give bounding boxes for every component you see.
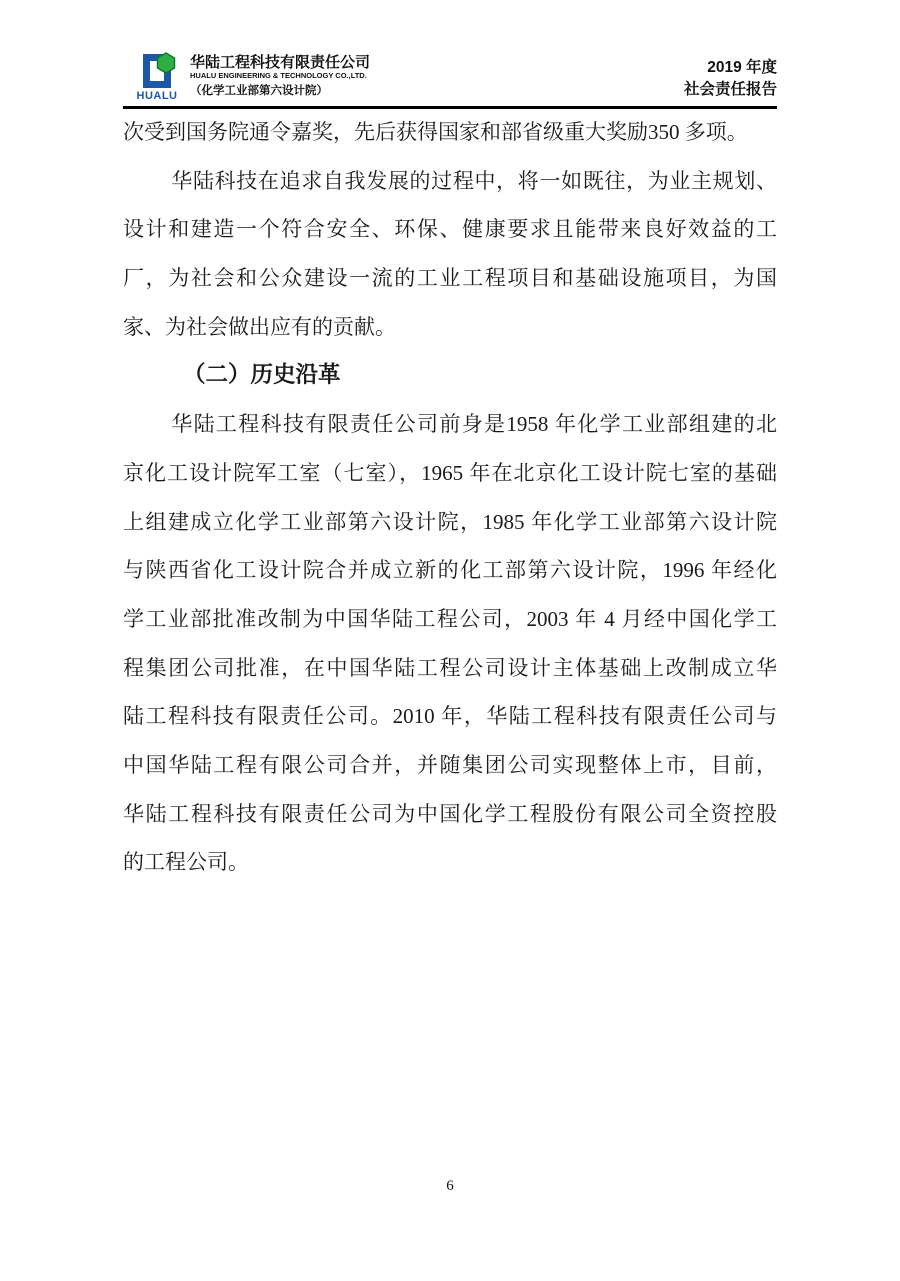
body-line: 家、为社会做出应有的贡献。 (123, 303, 777, 352)
body-line: 与陕西省化工设计院合并成立新的化工部第六设计院，1996 年经化 (123, 546, 777, 595)
body-line: 上组建成立化学工业部第六设计院，1985 年化学工业部第六设计院 (123, 498, 777, 547)
body-line: 陆工程科技有限责任公司。2010 年，华陆工程科技有限责任公司与 (123, 692, 777, 741)
report-year: 2019 年度 (684, 57, 777, 79)
body-text: 次受到国务院通令嘉奖，先后获得国家和部省级重大奖励350 多项。 华陆科技在追求… (123, 108, 777, 887)
company-name-block: 华陆工程科技有限责任公司 HUALU ENGINEERING & TECHNOL… (190, 54, 370, 99)
page-number: 6 (0, 1178, 900, 1195)
body-line: 次受到国务院通令嘉奖，先后获得国家和部省级重大奖励350 多项。 (123, 108, 777, 157)
report-title-block: 2019 年度 社会责任报告 (684, 57, 777, 101)
report-title: 社会责任报告 (684, 79, 777, 101)
hualu-logo-icon (130, 52, 184, 90)
body-line: 的工程公司。 (123, 838, 777, 887)
logo-wordmark: HUALU (130, 90, 184, 102)
company-dept: （化学工业部第六设计院） (190, 83, 370, 99)
document-page: HUALU 华陆工程科技有限责任公司 HUALU ENGINEERING & T… (0, 0, 900, 1281)
company-name-cn: 华陆工程科技有限责任公司 (190, 54, 370, 71)
body-line: 学工业部批准改制为中国华陆工程公司，2003 年 4 月经中国化学工 (123, 595, 777, 644)
body-line: 华陆工程科技有限责任公司为中国化学工程股份有限公司全资控股 (123, 790, 777, 839)
section-heading: （二）历史沿革 (123, 351, 777, 400)
body-line: 设计和建造一个符合安全、环保、健康要求且能带来良好效益的工 (123, 205, 777, 254)
body-line: 京化工设计院军工室（七室），1965 年在北京化工设计院七室的基础 (123, 449, 777, 498)
body-line: 华陆科技在追求自我发展的过程中，将一如既往，为业主规划、 (123, 157, 777, 206)
body-line: 程集团公司批准，在中国华陆工程公司设计主体基础上改制成立华 (123, 644, 777, 693)
hualu-logo: HUALU (130, 52, 184, 105)
company-name-en: HUALU ENGINEERING & TECHNOLOGY CO.,LTD. (190, 71, 370, 81)
body-line: 中国华陆工程有限公司合并，并随集团公司实现整体上市，目前， (123, 741, 777, 790)
page-header: HUALU 华陆工程科技有限责任公司 HUALU ENGINEERING & T… (123, 52, 777, 107)
body-line: 厂，为社会和公众建设一流的工业工程项目和基础设施项目，为国 (123, 254, 777, 303)
body-line: 华陆工程科技有限责任公司前身是1958 年化学工业部组建的北 (123, 400, 777, 449)
